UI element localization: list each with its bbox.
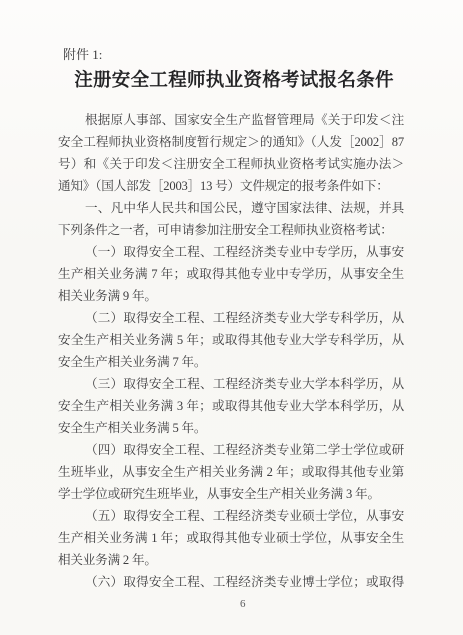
body-line: （六）取得安全工程、工程经济类专业博士学位；或取得其	[58, 571, 404, 593]
page-number: 6	[240, 598, 246, 610]
body-line: 相关业务满 2 年。	[58, 549, 404, 571]
attachment-label: 附件 1:	[63, 44, 102, 63]
body-line: 相关业务满 9 年。	[58, 285, 404, 307]
body-line: 安全生产相关业务满 3 年；或取得其他专业大学本科学历，从事	[58, 395, 404, 417]
body-line: 号）和《关于印发＜注册安全工程师执业资格考试实施办法＞的	[58, 153, 404, 175]
body-line: 一、凡中华人民共和国公民，遵守国家法律、法规，并具备	[58, 197, 404, 219]
body-line: 安全生产相关业务满 5 年。	[58, 417, 404, 439]
body-line: （五）取得安全工程、工程经济类专业硕士学位，从事安全	[58, 505, 404, 527]
body-line: （三）取得安全工程、工程经济类专业大学本科学历，从事	[58, 373, 404, 395]
body-line: （一）取得安全工程、工程经济类专业中专学历，从事安全	[58, 241, 404, 263]
document-body: 根据原人事部、国家安全生产监督管理局《关于印发＜注册 安全工程师执业资格制度暂行…	[58, 109, 404, 593]
body-line: （四）取得安全工程、工程经济类专业第二学士学位或研究	[58, 439, 404, 461]
body-line: 下列条件之一者，可申请参加注册安全工程师执业资格考试：	[58, 219, 404, 241]
scanned-document-page: 附件 1: 注册安全工程师执业资格考试报名条件 根据原人事部、国家安全生产监督管…	[0, 0, 463, 635]
body-line: 生产相关业务满 1 年；或取得其他专业硕士学位，从事安全生产	[58, 527, 404, 549]
body-line: 安全工程师执业资格制度暂行规定＞的通知》（人发［2002］87	[58, 131, 404, 153]
body-line: 安全生产相关业务满 5 年；或取得其他专业大学专科学历，从事	[58, 329, 404, 351]
body-line: （二）取得安全工程、工程经济类专业大学专科学历，从事	[58, 307, 404, 329]
body-line: 安全生产相关业务满 7 年。	[58, 351, 404, 373]
body-line: 生产相关业务满 7 年；或取得其他专业中专学历，从事安全生产	[58, 263, 404, 285]
body-line: 根据原人事部、国家安全生产监督管理局《关于印发＜注册	[58, 109, 404, 131]
body-line: 学士学位或研究生班毕业，从事安全生产相关业务满 3 年。	[58, 483, 404, 505]
document-title: 注册安全工程师执业资格考试报名条件	[58, 66, 410, 92]
body-line: 通知》（国人部发［2003］13 号）文件规定的报考条件如下：	[58, 175, 404, 197]
body-line: 生班毕业，从事安全生产相关业务满 2 年；或取得其他专业第二	[58, 461, 404, 483]
